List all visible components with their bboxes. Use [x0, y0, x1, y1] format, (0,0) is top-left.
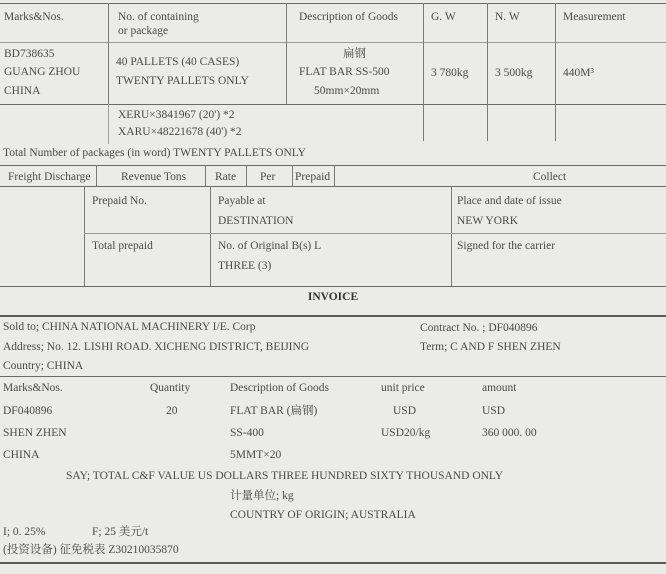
place-date-label: Place and date of issue — [457, 194, 562, 208]
divider — [292, 165, 293, 186]
divider — [0, 376, 666, 377]
sold-to: Sold to; CHINA NATIONAL MACHINERY I/E. C… — [3, 320, 255, 334]
invoice-title: INVOICE — [0, 290, 666, 304]
total-packages: Total Number of packages (in word) TWENT… — [3, 146, 306, 160]
revenue-tons-header: Revenue Tons — [121, 170, 186, 184]
rate-header: Rate — [215, 170, 236, 184]
divider — [0, 315, 666, 317]
tax-note: (投资设备) 征免税表 Z30210035870 — [3, 543, 179, 557]
divider — [210, 186, 211, 286]
freight-discharge-header: Freight Discharge — [8, 170, 91, 184]
divider — [205, 165, 206, 186]
contract-no: Contract No. ; DF040896 — [420, 321, 538, 335]
inv-amount-currency: USD — [482, 404, 505, 418]
header-marks: Marks&Nos. — [4, 10, 64, 24]
divider — [0, 3, 666, 4]
description-line: FLAT BAR SS-500 — [299, 65, 390, 79]
divider — [487, 3, 488, 141]
description-cn: 扁钢 — [343, 47, 366, 61]
inv-marks-line: CHINA — [3, 448, 39, 462]
divider — [0, 286, 666, 287]
signed-for-carrier: Signed for the carrier — [457, 239, 555, 253]
per-header: Per — [260, 170, 275, 184]
divider — [286, 3, 287, 104]
prepaid-no-label: Prepaid No. — [92, 194, 147, 208]
country-of-origin: COUNTRY OF ORIGIN; AUSTRALIA — [230, 508, 416, 522]
inv-description-line: FLAT BAR (扁钢) — [230, 404, 317, 418]
originals-label: No. of Original B(s) L — [218, 239, 321, 253]
inv-description-line: SS-400 — [230, 426, 264, 440]
inv-marks-line: SHEN ZHEN — [3, 426, 67, 440]
inv-header-quantity: Quantity — [150, 381, 190, 395]
inv-unit-price-value: USD20/kg — [381, 426, 430, 440]
payable-at-value: DESTINATION — [218, 214, 293, 228]
marks-line: CHINA — [4, 84, 40, 98]
divider — [0, 104, 666, 105]
divider — [84, 233, 666, 234]
header-nw: N. W — [495, 10, 520, 24]
divider — [0, 186, 666, 187]
divider — [0, 165, 666, 166]
net-weight: 3 500kg — [495, 66, 532, 80]
originals-value: THREE (3) — [218, 259, 271, 273]
divider — [108, 3, 109, 104]
inv-header-description: Description of Goods — [230, 381, 329, 395]
divider — [334, 165, 335, 186]
description-size: 50mm×20mm — [314, 84, 379, 98]
packages-line: 40 PALLETS (40 CASES) — [116, 55, 239, 69]
header-measurement: Measurement — [563, 10, 626, 24]
marks-line: BD738635 — [4, 47, 54, 61]
address: Address; No. 12. LISHI ROAD. XICHENG DIS… — [3, 340, 309, 354]
divider — [451, 186, 452, 286]
gross-weight: 3 780kg — [431, 66, 468, 80]
divider — [423, 3, 424, 141]
freight-rate: F; 25 美元/t — [92, 525, 148, 539]
divider — [246, 165, 247, 186]
header-containing-2: or package — [118, 24, 168, 38]
divider — [84, 186, 85, 286]
measurement-value: 440M³ — [563, 66, 594, 80]
term: Term; C AND F SHEN ZHEN — [420, 340, 561, 354]
inv-unit-price-currency: USD — [393, 404, 416, 418]
insurance-rate: I; 0. 25% — [3, 525, 45, 539]
header-gw: G. W — [431, 10, 456, 24]
divider — [96, 165, 97, 186]
payable-at-label: Payable at — [218, 194, 266, 208]
unit-of-measure: 计量单位; kg — [230, 489, 294, 503]
marks-line: GUANG ZHOU — [4, 65, 80, 79]
place-date-value: NEW YORK — [457, 214, 518, 228]
inv-header-marks: Marks&Nos. — [3, 381, 63, 395]
inv-marks-line: DF040896 — [3, 404, 52, 418]
inv-header-amount: amount — [482, 381, 517, 395]
collect-header: Collect — [533, 170, 566, 184]
header-containing: No. of containing — [118, 10, 199, 24]
divider — [108, 104, 109, 144]
country: Country; CHINA — [3, 359, 83, 373]
inv-quantity: 20 — [166, 404, 178, 418]
total-prepaid-label: Total prepaid — [92, 239, 153, 253]
packages-line: TWENTY PALLETS ONLY — [116, 74, 249, 88]
container-line: XERU×3841967 (20') *2 — [118, 108, 235, 122]
divider — [0, 42, 666, 43]
divider — [555, 3, 556, 141]
divider — [0, 562, 666, 564]
say-total: SAY; TOTAL C&F VALUE US DOLLARS THREE HU… — [66, 469, 503, 483]
inv-header-unit-price: unit price — [381, 381, 425, 395]
header-description: Description of Goods — [299, 10, 398, 24]
prepaid-header: Prepaid — [295, 170, 330, 184]
inv-amount-value: 360 000. 00 — [482, 426, 537, 440]
inv-description-line: 5MMT×20 — [230, 448, 281, 462]
container-line: XARU×48221678 (40') *2 — [118, 125, 242, 139]
